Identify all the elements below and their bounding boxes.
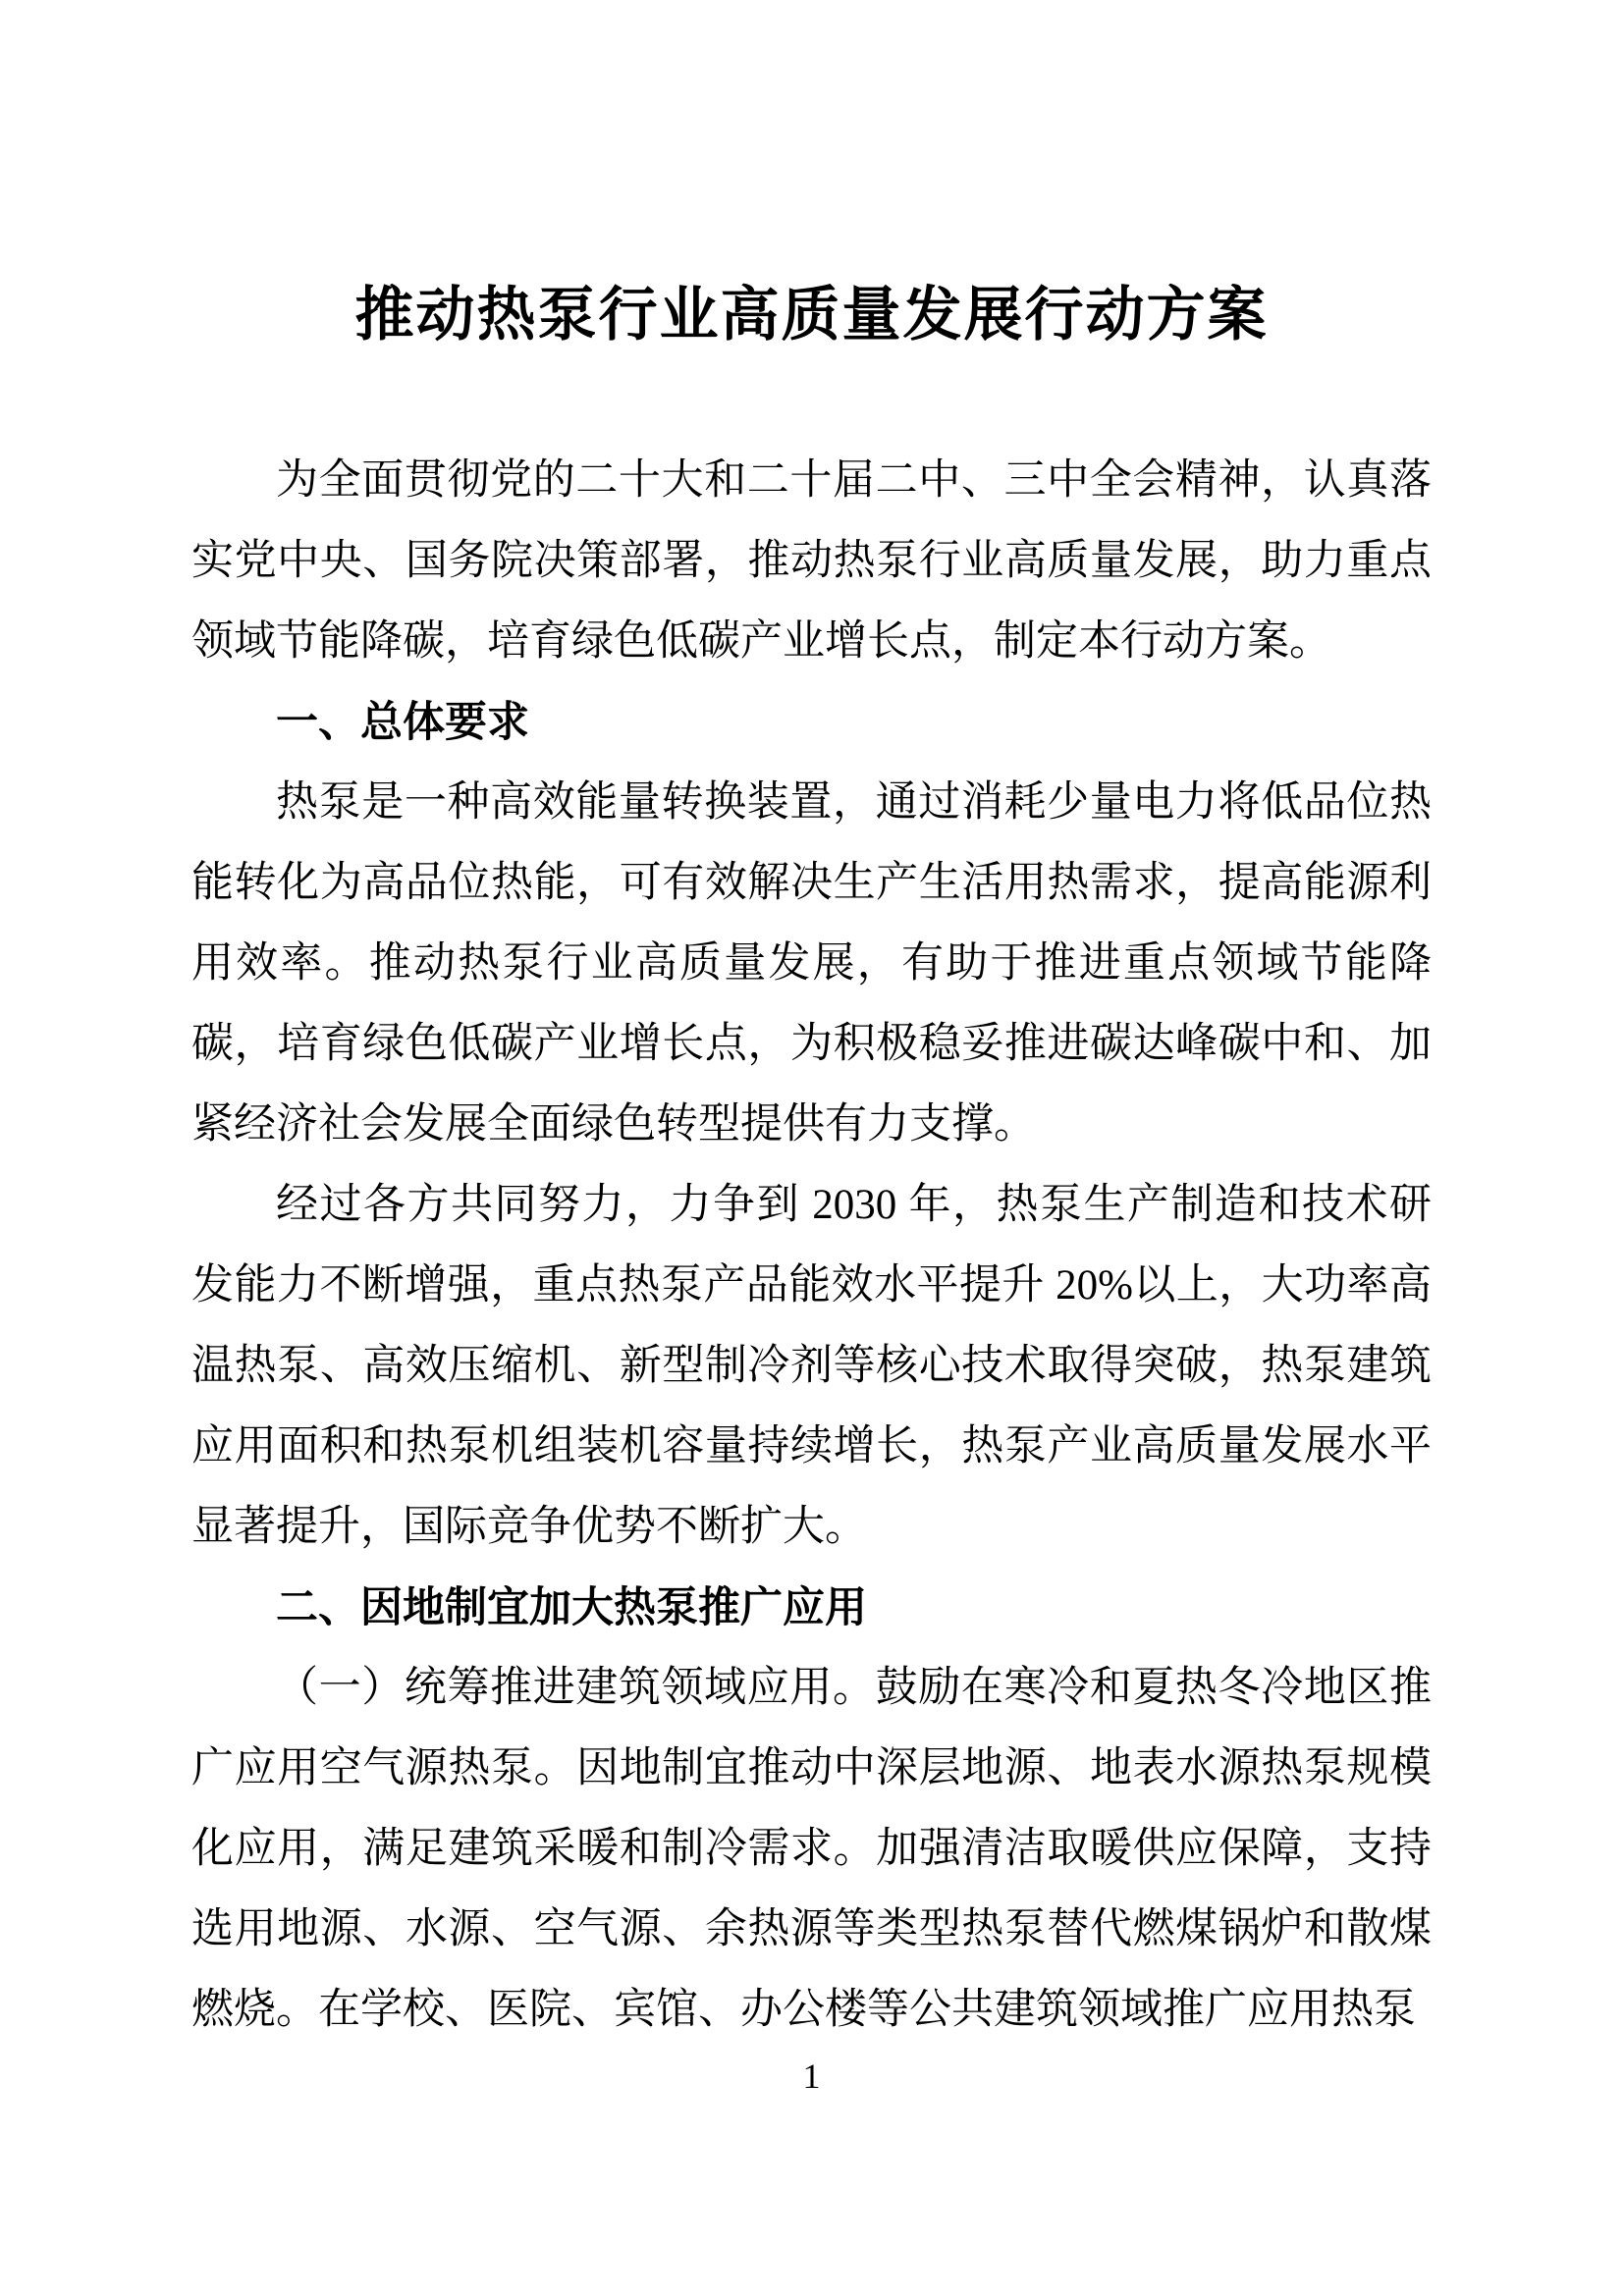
page-number: 1	[191, 2056, 1432, 2096]
document-title: 推动热泵行业高质量发展行动方案	[191, 278, 1432, 352]
subsection-lead-label: （一）统筹推进建筑领域应用。	[276, 1665, 876, 1711]
section-heading-2: 二、因地制宜加大热泵推广应用	[191, 1568, 1432, 1648]
document-page: 推动热泵行业高质量发展行动方案 为全面贯彻党的二十大和二十届二中、三中全会精神，…	[0, 0, 1624, 2296]
section2-paragraph-1: （一）统筹推进建筑领域应用。鼓励在寒冷和夏热冬冷地区推广应用空气源热泵。因地制宜…	[191, 1648, 1432, 2051]
intro-paragraph: 为全面贯彻党的二十大和二十届二中、三中全会精神，认真落实党中央、国务院决策部署，…	[191, 441, 1432, 682]
section1-paragraph-2: 经过各方共同努力，力争到 2030 年，热泵生产制造和技术研发能力不断增强，重点…	[191, 1165, 1432, 1568]
section1-paragraph-1: 热泵是一种高效能量转换装置，通过消耗少量电力将低品位热能转化为高品位热能，可有效…	[191, 763, 1432, 1165]
section-heading-1: 一、总体要求	[191, 682, 1432, 763]
subsection-body-text: 鼓励在寒冷和夏热冬冷地区推广应用空气源热泵。因地制宜推动中深层地源、地表水源热泵…	[191, 1665, 1432, 2033]
